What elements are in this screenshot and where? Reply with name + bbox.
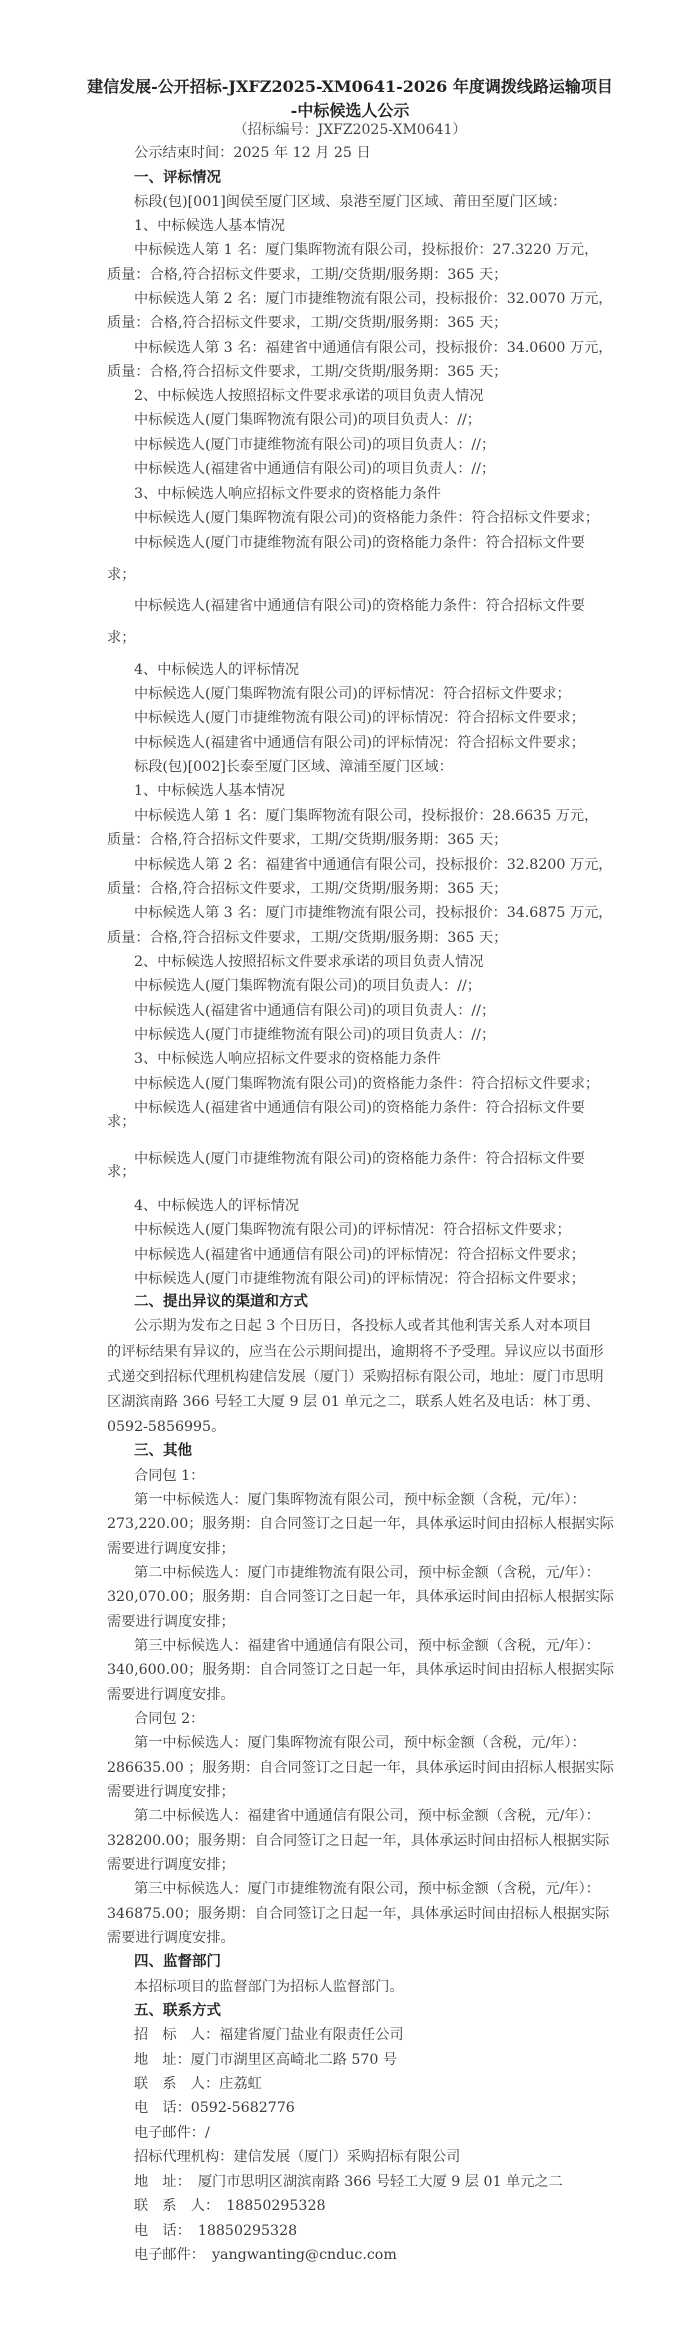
contract1-label: 合同包 1： xyxy=(134,1466,204,1486)
package1-candidate-1-line1: 中标候选人第 1 名：厦门集晖物流有限公司，投标报价：27.3220 万元， xyxy=(134,240,598,260)
package2-manager-2: 中标候选人(福建省中通通信有限公司)的项目负责人：//； xyxy=(134,1001,495,1021)
package2-qualification-1: 中标候选人(厦门集晖物流有限公司)的资格能力条件：符合招标文件要求； xyxy=(134,1074,599,1094)
contract2-item-2-line2: 328200.00；服务期：自合同签订之日起一年，具体承运时间由招标人根据实际 xyxy=(107,1831,609,1851)
package2-evaluation-heading: 4、中标候选人的评标情况 xyxy=(134,1196,299,1216)
page-title-line2: -中标候选人公示 xyxy=(0,98,700,121)
bid-number: （招标编号：JXFZ2025-XM0641） xyxy=(0,119,700,139)
package2-candidate-1-line1: 中标候选人第 1 名：厦门集晖物流有限公司，投标报价：28.6635 万元， xyxy=(134,806,598,826)
package1-evaluation-heading: 4、中标候选人的评标情况 xyxy=(134,660,299,680)
objection-line-3: 式递交到招标代理机构建信发展（厦门）采购招标有限公司，地址：厦门市思明 xyxy=(107,1367,604,1387)
contract1-item-3-line1: 第三中标候选人：福建省中通通信有限公司，预中标金额（含税，元/年）： xyxy=(134,1636,600,1656)
package2-manager-heading: 2、中标候选人按照招标文件要求承诺的项目负责人情况 xyxy=(134,952,484,972)
package1-qualification-1: 中标候选人(厦门集晖物流有限公司)的资格能力条件：符合招标文件要求； xyxy=(134,508,599,528)
contract2-item-1-line1: 第一中标候选人：厦门集晖物流有限公司，预中标金额（含税，元/年）： xyxy=(134,1733,586,1753)
package2-basic-heading: 1、中标候选人基本情况 xyxy=(134,781,285,801)
package2-evaluation-1: 中标候选人(厦门集晖物流有限公司)的评标情况：符合招标文件要求； xyxy=(134,1220,571,1240)
package1-qualification-2-line1: 中标候选人(厦门市捷维物流有限公司)的资格能力条件：符合招标文件要 xyxy=(134,533,585,553)
package1-candidate-2-line2: 质量：合格,符合招标文件要求，工期/交货期/服务期：365 天； xyxy=(107,313,507,333)
section-heading-other: 三、其他 xyxy=(134,1441,192,1461)
package1-manager-heading: 2、中标候选人按照招标文件要求承诺的项目负责人情况 xyxy=(134,386,484,406)
package2-qualification-2-line1: 中标候选人(福建省中通通信有限公司)的资格能力条件：符合招标文件要 xyxy=(134,1098,585,1118)
objection-line-2: 的评标结果有异议的，应当在公示期间提出，逾期将不予受理。异议应以书面形 xyxy=(107,1342,604,1362)
package2-qualification-3-line1: 中标候选人(厦门市捷维物流有限公司)的资格能力条件：符合招标文件要 xyxy=(134,1149,585,1169)
tenderer-name: 招 标 人：福建省厦门盐业有限责任公司 xyxy=(134,2025,404,2045)
contract2-item-1-line2: 286635.00 ；服务期：自合同签订之日起一年，具体承运时间由招标人根据实际 xyxy=(107,1758,614,1778)
package1-evaluation-3: 中标候选人(福建省中通通信有限公司)的评标情况：符合招标文件要求； xyxy=(134,733,585,753)
package1-manager-2: 中标候选人(厦门市捷维物流有限公司)的项目负责人：//； xyxy=(134,435,495,455)
contract2-item-1-line3: 需要进行调度安排； xyxy=(107,1782,235,1802)
agency-phone: 电 话： 18850295328 xyxy=(134,2221,297,2241)
section-heading-supervision: 四、监督部门 xyxy=(134,1952,221,1972)
package2-candidate-2-line1: 中标候选人第 2 名：福建省中通通信有限公司，投标报价：32.8200 万元， xyxy=(134,855,612,875)
package2-candidate-3-line2: 质量：合格,符合招标文件要求，工期/交货期/服务期：365 天； xyxy=(107,928,507,948)
package1-candidate-2-line1: 中标候选人第 2 名：厦门市捷维物流有限公司，投标报价：32.0070 万元， xyxy=(134,289,612,309)
package1-qualification-heading: 3、中标候选人响应招标文件要求的资格能力条件 xyxy=(134,484,441,504)
contract2-item-2-line3: 需要进行调度安排； xyxy=(107,1855,235,1875)
package1-candidate-3-line2: 质量：合格,符合招标文件要求，工期/交货期/服务期：365 天； xyxy=(107,362,507,382)
tenderer-address: 地 址：厦门市湖里区高崎北二路 570 号 xyxy=(134,2050,397,2070)
section-heading-contact: 五、联系方式 xyxy=(134,2001,221,2021)
contract2-label: 合同包 2： xyxy=(134,1709,204,1729)
package2-candidate-3-line1: 中标候选人第 3 名：厦门市捷维物流有限公司，投标报价：34.6875 万元， xyxy=(134,903,612,923)
package1-manager-1: 中标候选人(厦门集晖物流有限公司)的项目负责人：//； xyxy=(134,410,481,430)
tenderer-contact: 联 系 人：庄荔虹 xyxy=(134,2074,262,2094)
contract2-item-2-line1: 第二中标候选人：福建省中通通信有限公司，预中标金额（含税，元/年）： xyxy=(134,1806,600,1826)
package2-manager-3: 中标候选人(厦门市捷维物流有限公司)的项目负责人：//； xyxy=(134,1025,495,1045)
package2-qualification-2-line2: 求； xyxy=(107,1112,135,1132)
agency-contact: 联 系 人： 18850295328 xyxy=(134,2196,326,2216)
package1-label: 标段(包)[001]闽侯至厦门区域、泉港至厦门区域、莆田至厦门区域： xyxy=(134,192,566,212)
contract2-item-3-line3: 需要进行调度安排。 xyxy=(107,1928,235,1948)
objection-line-4: 区湖滨南路 366 号轻工大厦 9 层 01 单元之二，联系人姓名及电话：林丁勇… xyxy=(107,1392,600,1412)
package2-evaluation-3: 中标候选人(厦门市捷维物流有限公司)的评标情况：符合招标文件要求； xyxy=(134,1269,585,1289)
package2-qualification-heading: 3、中标候选人响应招标文件要求的资格能力条件 xyxy=(134,1049,441,1069)
contract1-item-1-line2: 273,220.00；服务期：自合同签订之日起一年，具体承运时间由招标人根据实际 xyxy=(107,1514,614,1534)
announcement-end-time: 公示结束时间：2025 年 12 月 25 日 xyxy=(134,143,371,163)
contract1-item-1-line1: 第一中标候选人：厦门集晖物流有限公司，预中标金额（含税，元/年）： xyxy=(134,1490,586,1510)
page-title-line1: 建信发展-公开招标-JXFZ2025-XM0641-2026 年度调拨线路运输项… xyxy=(0,74,700,97)
contract1-item-2-line3: 需要进行调度安排； xyxy=(107,1612,235,1632)
package1-basic-heading: 1、中标候选人基本情况 xyxy=(134,216,285,236)
package1-qualification-3-line1: 中标候选人(福建省中通通信有限公司)的资格能力条件：符合招标文件要 xyxy=(134,596,585,616)
tenderer-phone: 电 话：0592-5682776 xyxy=(134,2098,295,2118)
package2-evaluation-2: 中标候选人(福建省中通通信有限公司)的评标情况：符合招标文件要求； xyxy=(134,1245,585,1265)
contract1-item-3-line2: 340,600.00；服务期：自合同签订之日起一年，具体承运时间由招标人根据实际 xyxy=(107,1660,614,1680)
agency-address: 地 址： 厦门市思明区湖滨南路 366 号轻工大厦 9 层 01 单元之二 xyxy=(134,2172,563,2192)
contract1-item-2-line2: 320,070.00；服务期：自合同签订之日起一年，具体承运时间由招标人根据实际 xyxy=(107,1587,614,1607)
package1-qualification-2-line2: 求； xyxy=(107,565,135,585)
contract1-item-3-line3: 需要进行调度安排。 xyxy=(107,1685,235,1705)
section-heading-evaluation: 一、评标情况 xyxy=(134,168,221,188)
objection-line-5: 0592-5856995。 xyxy=(107,1417,225,1437)
package2-candidate-1-line2: 质量：合格,符合招标文件要求，工期/交货期/服务期：365 天； xyxy=(107,830,507,850)
package2-manager-1: 中标候选人(厦门集晖物流有限公司)的项目负责人：//； xyxy=(134,976,481,996)
package2-candidate-2-line2: 质量：合格,符合招标文件要求，工期/交货期/服务期：365 天； xyxy=(107,879,507,899)
package1-evaluation-2: 中标候选人(厦门市捷维物流有限公司)的评标情况：符合招标文件要求； xyxy=(134,708,585,728)
tenderer-email: 电子邮件：/ xyxy=(134,2123,210,2143)
section-heading-objection: 二、提出异议的渠道和方式 xyxy=(134,1292,308,1312)
supervision-text: 本招标项目的监督部门为招标人监督部门。 xyxy=(134,1977,404,1997)
objection-line-1: 公示期为发布之日起 3 个日历日，各投标人或者其他利害关系人对本项目 xyxy=(134,1316,592,1336)
package2-label: 标段(包)[002]长泰至厦门区域、漳浦至厦门区域： xyxy=(134,757,453,777)
contract2-item-3-line1: 第三中标候选人：厦门市捷维物流有限公司，预中标金额（含税，元/年）： xyxy=(134,1879,600,1899)
agency-name: 招标代理机构：建信发展（厦门）采购招标有限公司 xyxy=(134,2147,460,2167)
package1-evaluation-1: 中标候选人(厦门集晖物流有限公司)的评标情况：符合招标文件要求； xyxy=(134,684,571,704)
contract2-item-3-line2: 346875.00；服务期：自合同签订之日起一年，具体承运时间由招标人根据实际 xyxy=(107,1904,609,1924)
contract1-item-1-line3: 需要进行调度安排； xyxy=(107,1539,235,1559)
announcement-page: 建信发展-公开招标-JXFZ2025-XM0641-2026 年度调拨线路运输项… xyxy=(0,0,700,2333)
package1-manager-3: 中标候选人(福建省中通通信有限公司)的项目负责人：//； xyxy=(134,459,495,479)
package1-candidate-1-line2: 质量：合格,符合招标文件要求，工期/交货期/服务期：365 天； xyxy=(107,265,507,285)
package1-qualification-3-line2: 求； xyxy=(107,628,135,648)
package2-qualification-3-line2: 求； xyxy=(107,1162,135,1182)
package1-candidate-3-line1: 中标候选人第 3 名：福建省中通通信有限公司，投标报价：34.0600 万元， xyxy=(134,338,612,358)
agency-email[interactable]: 电子邮件： yangwanting@cnduc.com xyxy=(134,2245,397,2265)
contract1-item-2-line1: 第二中标候选人：厦门市捷维物流有限公司，预中标金额（含税，元/年）： xyxy=(134,1563,600,1583)
